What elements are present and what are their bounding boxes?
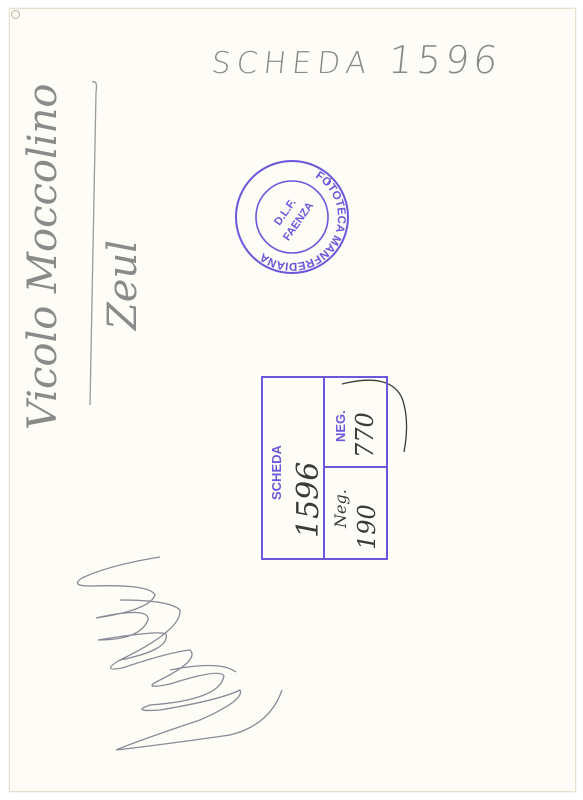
neg-label: NEG. bbox=[333, 410, 348, 442]
scheda-label: SCHEDA bbox=[269, 445, 284, 500]
round-stamp: FOTOTECA MANFREDIANA D.L.F. FAENZA – bbox=[233, 158, 351, 276]
neg-note-value: 190 bbox=[353, 504, 381, 550]
box-divider-horizontal bbox=[325, 466, 386, 468]
scheda-value: 1596 bbox=[291, 462, 326, 538]
scheda-box-stamp: SCHEDA 1596 NEG. 770 Neg. 190 bbox=[261, 376, 388, 560]
neg-value: 770 bbox=[351, 412, 379, 458]
signature-scribble bbox=[78, 557, 283, 750]
neg-note-label: Neg. bbox=[331, 489, 350, 528]
